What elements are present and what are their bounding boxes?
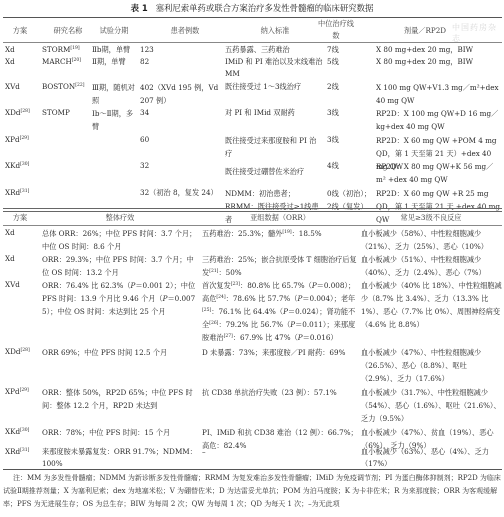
regimen: Xd	[5, 253, 15, 264]
table-title: 塞利尼索单药或联合方案治疗多发性骨髓瘤的临床研究数据	[156, 3, 374, 13]
table2-bottom-rule	[3, 469, 502, 471]
ref: [19]	[70, 46, 79, 51]
patients: 402（XVd 195 例，Vd 207 例）	[140, 81, 222, 107]
criteria: 对 PI 和 IMid 双耐药	[225, 107, 323, 118]
regimen: XKd	[5, 161, 20, 170]
regimen: XPd	[5, 387, 20, 396]
col-phase: 试验分期	[88, 25, 140, 36]
col-subgroup: 亚组数据（ORR）	[200, 212, 360, 223]
subgroup: 五药难治：25.3%；髓外[19]：18.5%	[202, 227, 358, 240]
regimen: XRd	[5, 447, 20, 456]
subgroup: 抗 CD38 单抗治疗失败（23 例）：57.1%	[202, 386, 358, 399]
efficacy: ORR 69%；中位 PFS 时间 12.5 个月	[42, 346, 198, 359]
regimen: XKd	[5, 427, 20, 436]
dose: X 100 mg QW+V1.3 mg／m²+dex 40 mg QW	[376, 81, 500, 107]
adverse-events: 血小板减少（58%）、中性粒细胞减少（21%）、乏力（25%）、恶心（10%）	[361, 227, 502, 253]
patients: 82	[140, 56, 225, 67]
adverse-events: 血小板减少（31.7%）、中性粒细胞减少（54%）、恶心（1.6%）、呕吐（21…	[361, 386, 502, 425]
ref: [28]	[20, 348, 29, 353]
adverse-events: 血小板减少（63%）、恶心（4%）、乏力（17%）	[361, 446, 502, 470]
efficacy: ORR：整体 50%，RP2D 65%；中位 PFS 时间：整体 12.2 个月…	[42, 386, 198, 412]
lines: 7线	[327, 44, 367, 55]
phase: Ⅱ期，单臂	[92, 56, 140, 67]
lines: 4线	[327, 160, 367, 171]
phase: Ⅱb期，单臂	[92, 44, 140, 55]
adverse-events: 血小板减少（47%）、中性粒细胞减少（26.5%）、恶心（8.8%）、呕吐（2.…	[361, 346, 502, 385]
col-regimen: 方案	[3, 212, 37, 223]
regimen: Xd	[5, 56, 15, 67]
lines: 3线	[327, 134, 367, 145]
dose: RP2D：X 100 mg QW+D 16 mg／kg+dex 40 mg QW	[376, 107, 500, 133]
study-name: STORM	[42, 45, 70, 54]
regimen: XPd	[5, 135, 20, 144]
col-dose: 剂量／RP2D	[375, 25, 475, 36]
adverse-events: 血小板减少（40% 比 18%）、中性粒细胞减少（8.7% 比 3.4%）、乏力…	[361, 279, 502, 331]
ref: [31]	[20, 448, 29, 453]
dose: X 80 mg+dex 20 mg，BIW	[376, 56, 500, 67]
regimen: XDd	[5, 108, 20, 117]
col-efficacy: 整体疗效	[40, 212, 200, 223]
table2-header-rule	[3, 225, 502, 226]
dose: X 80 mg+dex 20 mg，BIW	[376, 44, 500, 55]
regimen: Xd	[5, 227, 15, 238]
regimen: XDd	[5, 347, 20, 356]
ref: [30]	[20, 162, 29, 167]
regimen: XVd	[5, 279, 20, 290]
subgroup: D 未暴露：73%；来那度胺／PI 耐药：69%	[202, 346, 358, 359]
regimen: XRd	[5, 188, 20, 197]
ref: [22]	[75, 83, 84, 88]
criteria: 既往接受过来那度胺和 PI 治疗	[225, 134, 323, 160]
col-lines: 中位治疗线数	[318, 18, 354, 42]
col-regimen: 方案	[3, 25, 37, 36]
regimen: Xd	[5, 44, 15, 55]
adverse-events: 血小板减少（51%）、中性粒细胞减少（40%）、乏力（2.4%）、恶心（7%）	[361, 253, 502, 279]
table-footnote: 注：MM 为多发性骨髓瘤；NDMM 为新诊断多发性骨髓瘤；RRMM 为复发难治多…	[3, 472, 502, 511]
phase: Ⅰb～Ⅱ期，多臂	[92, 107, 138, 133]
col-criteria: 纳入标准	[230, 25, 320, 36]
lines: 3线	[327, 107, 367, 118]
col-patients: 患者例数	[140, 25, 230, 36]
regimen: XVd	[5, 81, 20, 92]
col-ae: 常见≥3级不良反应	[360, 212, 502, 223]
table1-header-rule	[3, 42, 502, 43]
criteria: 既往接受过硼替佐米治疗	[225, 166, 323, 177]
ref: [30]	[20, 428, 29, 433]
subgroup: –	[202, 446, 358, 458]
efficacy: 来那度胺未暴露复发：ORR 91.7%；NDMM：100%	[42, 446, 198, 470]
ref: [31]	[20, 189, 29, 194]
patients: 32（初治 8，复发 24）	[140, 187, 225, 198]
subgroup: 首次复发[23]：80.8% 比 65.7%（P＝0.008）；高危[24]：7…	[202, 279, 358, 344]
table-caption: 表 1塞利尼索单药或联合方案治疗多发性骨髓瘤的临床研究数据	[0, 3, 504, 14]
study-name: MARCH	[42, 57, 72, 66]
study-name: BOSTON	[42, 82, 75, 91]
efficacy: ORR：29.3%；中位 PFS 时间：3.7 个月；中位 OS 时间：13.2…	[42, 253, 198, 279]
table-label: 表 1	[131, 3, 148, 13]
criteria: IMiD 和 PI 难治以及末线难治 MM	[225, 56, 323, 80]
ref: [20]	[72, 58, 81, 63]
criteria: 既往接受过 1～3线治疗	[225, 81, 323, 92]
patients: 32	[140, 160, 225, 171]
study-name: STOMP	[42, 107, 70, 118]
ref: [29]	[20, 388, 29, 393]
dose: RP2D：X 80 mg QW+K 56 mg／m² +dex 40 mg QW	[376, 160, 500, 186]
patients: 123	[140, 44, 225, 55]
efficacy: 总体 ORR：26%；中位 PFS 时间：3.7 个月；中位 OS 时间：8.6…	[42, 227, 198, 253]
lines: 2线	[327, 81, 367, 92]
subgroup: 三药难治：25%；嵌合抗原受体 T 细胞治疗后复发[21]：50%	[202, 253, 358, 279]
ref: [29]	[20, 136, 29, 141]
phase: Ⅲ期，随机对照	[92, 81, 136, 107]
patients: 34	[140, 107, 225, 118]
lines: 5线	[327, 56, 367, 67]
table1-top-rule	[3, 17, 502, 19]
efficacy: ORR：76.4% 比 62.3%（P＝0.001 2）；中位 PFS 时间：1…	[42, 279, 198, 318]
ref: [28]	[20, 109, 29, 114]
efficacy: ORR：78%；中位 PFS 时间：15 个月	[42, 426, 198, 439]
criteria: 五药暴露、三药难治	[225, 44, 323, 55]
patients: 60	[140, 134, 225, 145]
